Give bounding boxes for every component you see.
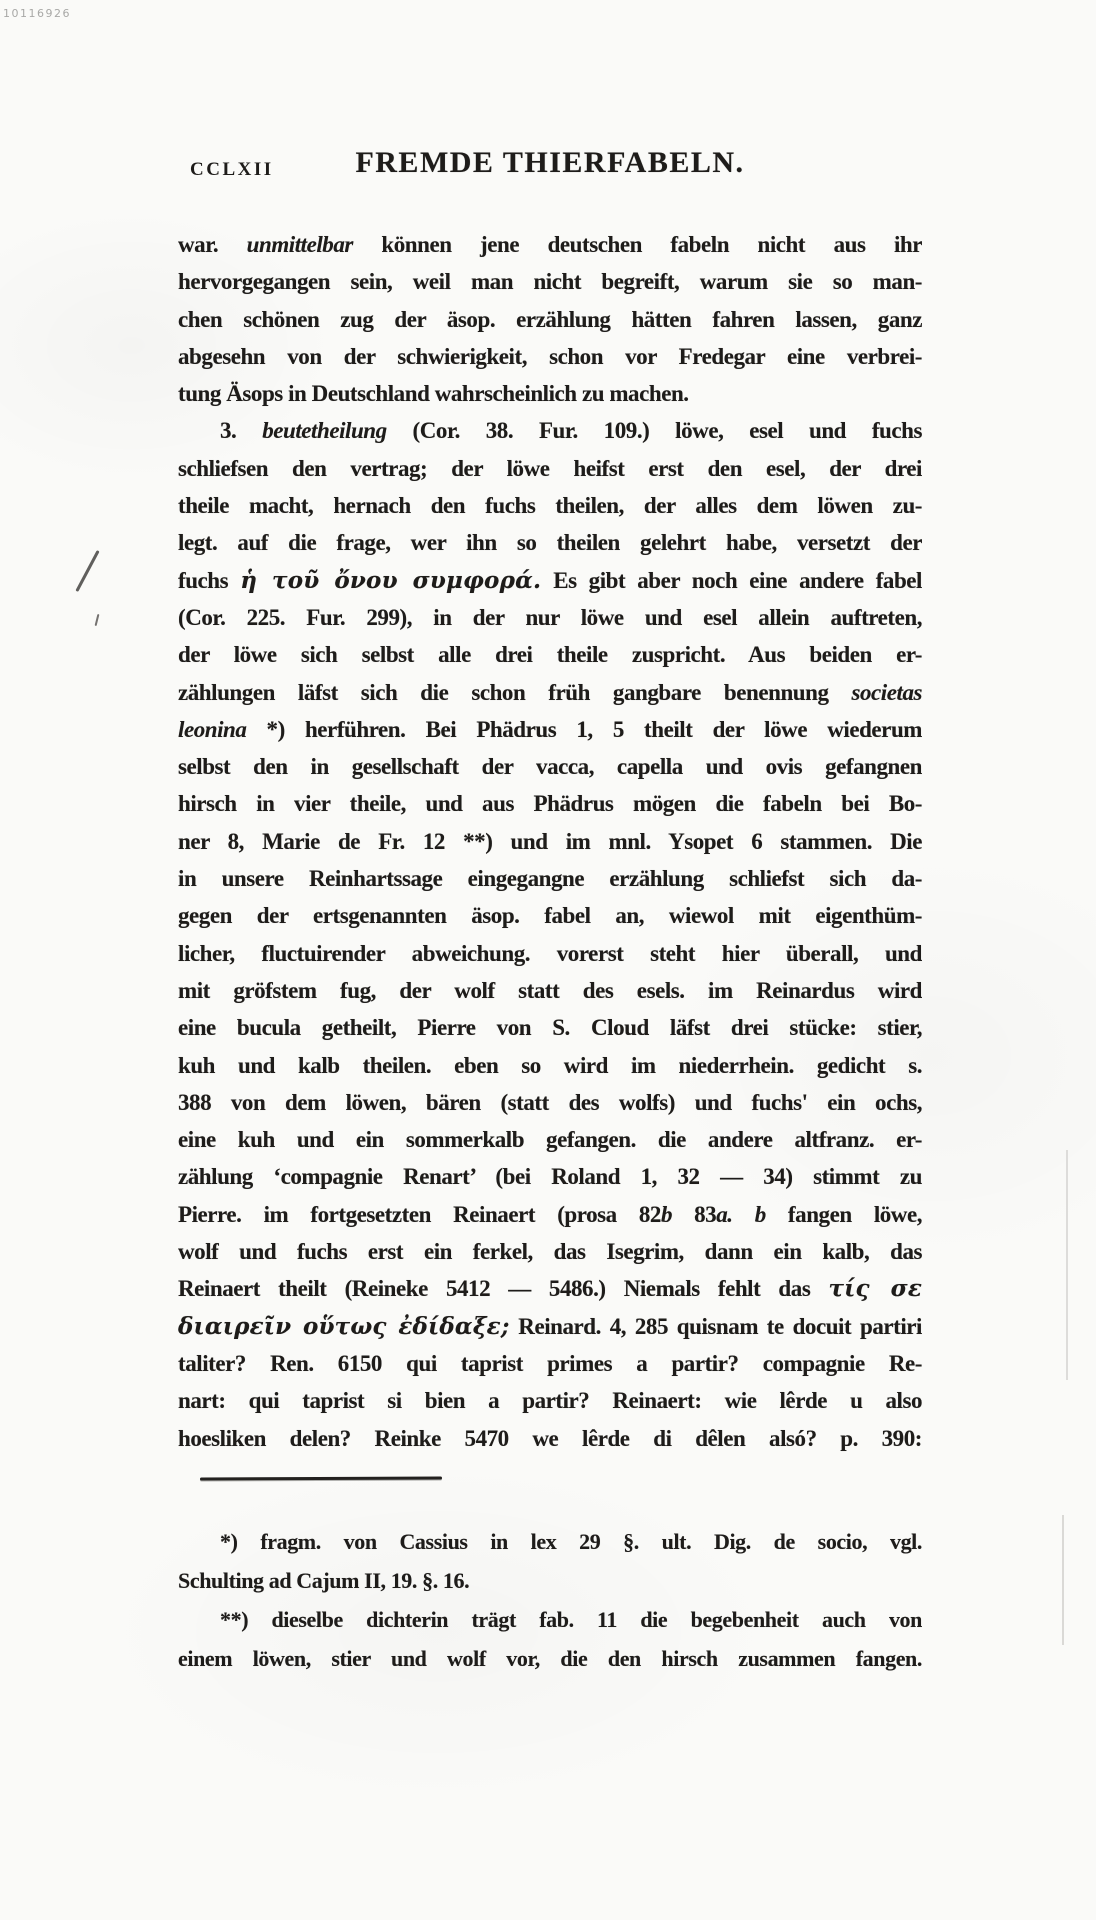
text-line: chen schönen zug der äsop. erzählung hät…	[178, 301, 922, 338]
text-segment: hervorgegangen sein, weil man nicht begr…	[178, 269, 922, 294]
text-line: Pierre. im fortgesetzten Reinaert (prosa…	[178, 1196, 922, 1233]
text-line: einem löwen, stier und wolf vor, die den…	[178, 1639, 922, 1678]
text-line: leonina *) herführen. Bei Phädrus 1, 5 t…	[178, 711, 922, 748]
footnotes: *) fragm. von Cassius in lex 29 §. ult. …	[178, 1522, 922, 1678]
text-segment: schliefsen den vertrag; der löwe heifst …	[178, 456, 922, 481]
text-segment: (Cor. 38. Fur. 109.) löwe, esel und fuch…	[387, 418, 922, 443]
text-segment: mit gröfstem fug, der wolf statt des ese…	[178, 978, 922, 1003]
text-segment: (Cor. 225. Fur. 299), in der nur löwe un…	[178, 605, 922, 630]
text-line: (Cor. 225. Fur. 299), in der nur löwe un…	[178, 599, 922, 636]
text-segment: *) fragm. von Cassius in lex 29 §. ult. …	[220, 1529, 922, 1554]
text-segment: Es gibt aber noch eine andere fabel	[541, 568, 922, 593]
text-line: ner 8, Marie de Fr. 12 **) und im mnl. Y…	[178, 823, 922, 860]
italic-text: leonina	[178, 717, 246, 742]
text-segment: selbst den in gesellschaft der vacca, ca…	[178, 754, 922, 779]
text-segment: Pierre. im fortgesetzten Reinaert (prosa…	[178, 1202, 661, 1227]
text-segment: gegen der ertsgenannten äsop. fabel an, …	[178, 903, 922, 928]
text-segment: 388 von dem löwen, bären (statt des wolf…	[178, 1090, 922, 1115]
text-line: legt. auf die frage, wer ihn so theilen …	[178, 524, 922, 561]
text-line: hoesliken delen? Reinke 5470 we lêrde di…	[178, 1420, 922, 1457]
text-line: selbst den in gesellschaft der vacca, ca…	[178, 748, 922, 785]
text-segment: licher, fluctuirender abweichung. vorers…	[178, 941, 922, 966]
greek-phrase: διαιρεῖν οὕτως ἐδίδαξε;	[178, 1313, 510, 1340]
text-segment: theile macht, hernach den fuchs theilen,…	[178, 493, 922, 518]
text-segment: wolf und fuchs erst ein ferkel, das Iseg…	[178, 1239, 922, 1264]
text-line: Reinaert theilt (Reineke 5412 — 5486.) N…	[178, 1270, 922, 1307]
text-line: tung Äsops in Deutschland wahrscheinlich…	[178, 375, 922, 412]
text-line: licher, fluctuirender abweichung. vorers…	[178, 935, 922, 972]
text-line: schliefsen den vertrag; der löwe heifst …	[178, 450, 922, 487]
italic-text: societas	[852, 680, 923, 705]
text-line: *) fragm. von Cassius in lex 29 §. ult. …	[178, 1522, 922, 1561]
text-line: gegen der ertsgenannten äsop. fabel an, …	[178, 897, 922, 934]
text-segment: zählung ʻcompagnie Renart’ (bei Roland 1…	[178, 1164, 922, 1189]
scan-edge-artifact	[1062, 1515, 1064, 1645]
margin-pen-mark	[95, 614, 100, 626]
text-line: taliter? Ren. 6150 qui taprist primes a …	[178, 1345, 922, 1382]
text-segment: hoesliken delen? Reinke 5470 we lêrde di…	[178, 1426, 922, 1451]
text-line: zählungen läfst sich die schon früh gang…	[178, 674, 922, 711]
text-segment: tung Äsops in Deutschland wahrscheinlich…	[178, 381, 689, 406]
italic-text: beutetheilung	[262, 418, 387, 443]
page-title: FREMDE THIERFABELN.	[178, 146, 922, 180]
text-segment: ner 8, Marie de Fr. 12 **) und im mnl. Y…	[178, 829, 922, 854]
text-segment: der löwe sich selbst alle drei theile zu…	[178, 642, 922, 667]
text-line: theile macht, hernach den fuchs theilen,…	[178, 487, 922, 524]
page-header: CCLXII FREMDE THIERFABELN.	[178, 146, 922, 190]
text-line: mit gröfstem fug, der wolf statt des ese…	[178, 972, 922, 1009]
text-segment: einem löwen, stier und wolf vor, die den…	[178, 1646, 922, 1671]
text-segment: legt. auf die frage, wer ihn so theilen …	[178, 530, 922, 555]
text-segment: fangen löwe,	[766, 1202, 922, 1227]
margin-pen-mark	[75, 550, 99, 592]
text-segment: nart: qui taprist si bien a partir? Rein…	[178, 1388, 922, 1413]
text-line: eine bucula getheilt, Pierre von S. Clou…	[178, 1009, 922, 1046]
italic-text: a. b	[716, 1202, 766, 1227]
body-text: war. unmittelbar können jene deutschen f…	[178, 226, 922, 1457]
text-line: **) dieselbe dichterin trägt fab. 11 die…	[178, 1600, 922, 1639]
scan-number: 10116926	[3, 7, 71, 20]
footnote-separator	[200, 1476, 442, 1480]
book-page: 10116926 CCLXII FREMDE THIERFABELN. war.…	[0, 0, 1096, 1920]
text-line: eine kuh und ein sommerkalb gefangen. di…	[178, 1121, 922, 1158]
italic-text: b	[661, 1202, 672, 1227]
text-segment: eine bucula getheilt, Pierre von S. Clou…	[178, 1015, 922, 1040]
text-segment: eine kuh und ein sommerkalb gefangen. di…	[178, 1127, 922, 1152]
text-segment: chen schönen zug der äsop. erzählung hät…	[178, 307, 922, 332]
text-segment: zählungen läfst sich die schon früh gang…	[178, 680, 852, 705]
text-line: kuh und kalb theilen. eben so wird im ni…	[178, 1047, 922, 1084]
text-segment: fuchs	[178, 568, 240, 593]
text-segment: *) herführen. Bei Phädrus 1, 5 theilt de…	[246, 717, 922, 742]
text-segment: abgesehn von der schwierigkeit, schon vo…	[178, 344, 922, 369]
text-line: Schulting ad Cajum II, 19. §. 16.	[178, 1561, 922, 1600]
scan-edge-artifact	[1066, 1150, 1068, 1380]
text-line: zählung ʻcompagnie Renart’ (bei Roland 1…	[178, 1158, 922, 1195]
text-line: nart: qui taprist si bien a partir? Rein…	[178, 1382, 922, 1419]
text-line: in unsere Reinhartssage eingegangne erzä…	[178, 860, 922, 897]
italic-text: unmittelbar	[247, 232, 353, 257]
text-line: διαιρεῖν οὕτως ἐδίδαξε; Reinard. 4, 285 …	[178, 1308, 922, 1345]
text-segment: 83	[672, 1202, 716, 1227]
text-line: der löwe sich selbst alle drei theile zu…	[178, 636, 922, 673]
text-segment: **) dieselbe dichterin trägt fab. 11 die…	[220, 1607, 922, 1632]
text-line: 388 von dem löwen, bären (statt des wolf…	[178, 1084, 922, 1121]
text-line: hervorgegangen sein, weil man nicht begr…	[178, 263, 922, 300]
text-segment: kuh und kalb theilen. eben so wird im ni…	[178, 1053, 922, 1078]
greek-phrase: ἡ τοῦ ὄνου συμφορά.	[240, 567, 541, 594]
text-segment: war.	[178, 232, 247, 257]
text-line: abgesehn von der schwierigkeit, schon vo…	[178, 338, 922, 375]
text-segment: können jene deutschen fabeln nicht aus i…	[353, 232, 922, 257]
text-segment: Reinaert theilt (Reineke 5412 — 5486.) N…	[178, 1276, 828, 1301]
text-line: war. unmittelbar können jene deutschen f…	[178, 226, 922, 263]
text-line: 3. beutetheilung (Cor. 38. Fur. 109.) lö…	[178, 412, 922, 449]
text-line: fuchs ἡ τοῦ ὄνου συμφορά. Es gibt aber n…	[178, 562, 922, 599]
text-line: wolf und fuchs erst ein ferkel, das Iseg…	[178, 1233, 922, 1270]
greek-phrase: τίς σε	[828, 1275, 922, 1302]
text-segment: hirsch in vier theile, und aus Phädrus m…	[178, 791, 922, 816]
text-segment: in unsere Reinhartssage eingegangne erzä…	[178, 866, 922, 891]
page-number: CCLXII	[190, 159, 274, 181]
text-segment: Schulting ad Cajum II, 19. §. 16.	[178, 1568, 469, 1593]
text-segment: 3.	[220, 418, 262, 443]
text-segment: taliter? Ren. 6150 qui taprist primes a …	[178, 1351, 922, 1376]
text-segment: Reinard. 4, 285 quisnam te docuit partir…	[510, 1314, 922, 1339]
text-line: hirsch in vier theile, und aus Phädrus m…	[178, 785, 922, 822]
